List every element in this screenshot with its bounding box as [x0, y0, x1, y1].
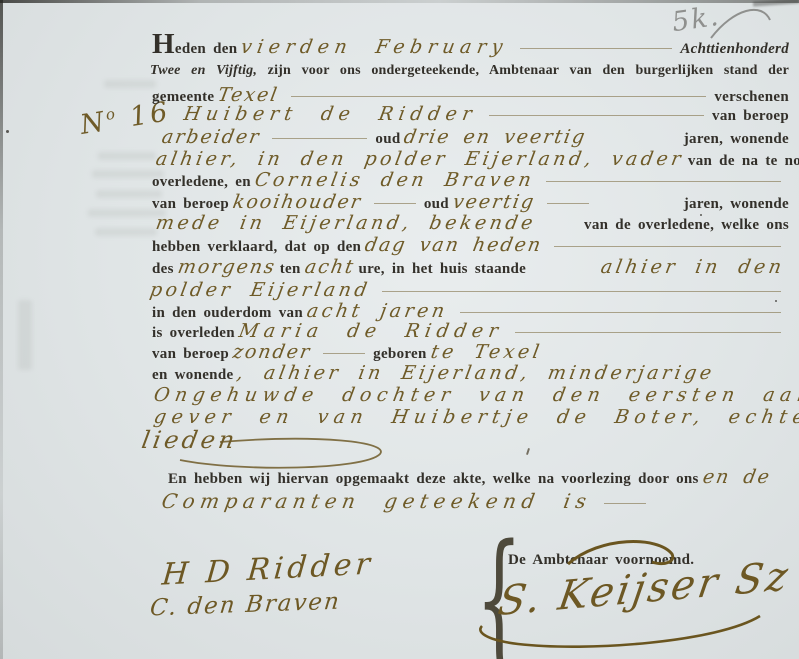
hw-declarant2-beroep: kooihouder — [227, 191, 368, 213]
hw-hour: acht — [299, 256, 361, 278]
hw-age-at-death: acht jaren — [301, 300, 454, 322]
ink-speck — [6, 130, 9, 133]
blank-rule — [460, 312, 781, 313]
hw-deceased-beroep: zonder — [227, 341, 317, 363]
print-ure-huis: ure, in het huis staande — [358, 261, 526, 278]
hw-declarant2-name: Cornelis den Braven — [249, 169, 540, 191]
print-closing: En hebben wij hiervan opgemaakt deze akt… — [168, 471, 699, 488]
hw-declarant1-name: Huibert de Ridder — [178, 103, 483, 125]
hw-declarant2-age: veertig — [447, 191, 541, 213]
print-year-rest: zijn voor ons ondergeteekende, Ambtenaar… — [257, 63, 789, 78]
act-line-parentage-1: Ongehuwde dochter van den eersten aan — [150, 384, 789, 406]
hw-declarant1-beroep: arbeider — [156, 126, 266, 148]
print-overledene-welke: van de overledene, welke ons — [584, 217, 789, 234]
blank-rule — [520, 48, 672, 49]
blank-rule — [272, 138, 367, 139]
act-line-deceased-residence: en wonende , alhier in Eijerland, minder… — [152, 362, 789, 384]
signature-underline-flourish — [468, 608, 778, 654]
print-verklaard: hebben verklaard, dat op den — [152, 239, 361, 256]
hw-parentage-1: Ongehuwde dochter van den eersten aan — [148, 384, 799, 406]
scan-edge-left — [0, 0, 3, 659]
ghost-streak — [18, 300, 32, 370]
print-geboren: geboren — [373, 346, 427, 363]
blank-rule — [382, 291, 781, 292]
print-oud-1: oud — [375, 131, 400, 148]
act-line-declarant2-beroep: van beroep kooihouder oud veertig jaren,… — [152, 191, 789, 213]
blank-rule — [489, 115, 704, 116]
act-line-house-location: polder Eijerland — [146, 279, 789, 301]
blank-rule — [323, 353, 365, 354]
act-line-age-at-death: in den ouderdom van acht jaren — [152, 300, 789, 322]
hw-birthplace: te Texel — [425, 341, 548, 363]
act-line-declarant1-residence: alhier, in den polder Eijerland, vader v… — [152, 148, 789, 170]
scan-edge-top — [0, 0, 799, 3]
hw-closing-2: Comparanten geteekend is — [156, 489, 598, 513]
print-heden-den: Heden den — [152, 41, 237, 58]
signature-witness-1: H D Ridder — [161, 546, 376, 592]
act-line-death-hour: des morgens ten acht ure, in het huis st… — [152, 256, 789, 278]
print-van-beroep-1: van beroep — [712, 108, 789, 125]
act-line-closing-2: Comparanten geteekend is — [158, 489, 789, 513]
signature-witness-2: C. den Braven — [149, 589, 343, 622]
death-certificate-scan: 5k. No 16 Heden den vierden February Ach… — [0, 0, 799, 659]
blank-rule — [604, 503, 646, 504]
print-van-beroep-3: van beroep — [152, 346, 229, 363]
act-line-death-day: hebben verklaard, dat op den dag van hed… — [152, 234, 789, 256]
act-line-closing: En hebben wij hiervan opgemaakt deze akt… — [168, 466, 789, 488]
hw-daypart: morgens — [172, 256, 282, 278]
hw-house-location-2: polder Eijerland — [144, 279, 376, 301]
hw-deceased-name: Maria de Ridder — [233, 320, 509, 342]
print-year-words: Twee en Vijftig, — [150, 63, 257, 78]
print-des: des — [152, 261, 174, 278]
print-en-wonende: en wonende — [152, 367, 233, 384]
hw-death-day: dag van heden — [359, 234, 548, 256]
hw-closing-1: en de — [697, 466, 777, 488]
blank-rule — [291, 96, 706, 97]
blank-rule — [546, 181, 781, 182]
print-oud-2: oud — [424, 196, 449, 213]
act-line-deceased-beroep: van beroep zonder geboren te Texel — [152, 341, 789, 363]
act-line-declarant1-name: Huibert de Ridder van beroep — [180, 103, 789, 125]
act-line-year: Twee en Vijftig, zijn voor ons ondergete… — [150, 61, 789, 79]
blank-rule — [515, 332, 781, 333]
blank-rule — [554, 246, 781, 247]
ghost-text — [98, 152, 156, 160]
print-overledene-en: overledene, en — [152, 174, 251, 191]
print-heden-rest: eden den — [175, 41, 238, 57]
hw-house-location-1: alhier in den — [595, 256, 790, 278]
dropcap-h: H — [152, 28, 175, 60]
hw-declarant1-residence: alhier, in den polder Eijerland, vader — [150, 148, 690, 170]
hw-deceased-residence: , alhier in Eijerland, minderjarige — [231, 362, 721, 384]
act-line-declarant1-beroep: arbeider oud drie en veertig jaren, wone… — [158, 126, 789, 148]
print-ten: ten — [280, 261, 301, 278]
hw-parentage-2: gever en van Huibertje de Boter, echte — [148, 406, 799, 428]
hw-declarant2-residence: mede in Eijerland, bekende — [150, 212, 542, 234]
act-line-parentage-2: gever en van Huibertje de Boter, echte — [150, 406, 789, 428]
blank-rule — [547, 203, 589, 204]
print-jaren-wonende-1: jaren, wonende — [684, 131, 789, 148]
ghost-text — [104, 80, 156, 88]
hw-declarant1-age: drie en veertig — [399, 126, 593, 148]
blank-rule — [374, 203, 416, 204]
print-jaren-wonende-2: jaren, wonende — [684, 196, 789, 213]
act-line-declarant2-name: overledene, en Cornelis den Braven — [152, 169, 789, 191]
act-line-date: Heden den vierden February Achttienhonde… — [152, 36, 789, 58]
print-na-te-noemen: van de na te noemen — [688, 153, 799, 170]
act-line-declarant2-residence: mede in Eijerland, bekende van de overle… — [152, 212, 789, 234]
act-number-sup: o — [104, 104, 119, 124]
ghost-text — [95, 228, 157, 236]
print-achttienhonderd: Achttienhonderd — [680, 41, 789, 58]
act-line-deceased-name: is overleden Maria de Ridder — [152, 320, 789, 342]
print-van-beroep-2: van beroep — [152, 196, 229, 213]
hw-date: vierden February — [235, 36, 514, 58]
print-is-overleden: is overleden — [152, 325, 235, 342]
